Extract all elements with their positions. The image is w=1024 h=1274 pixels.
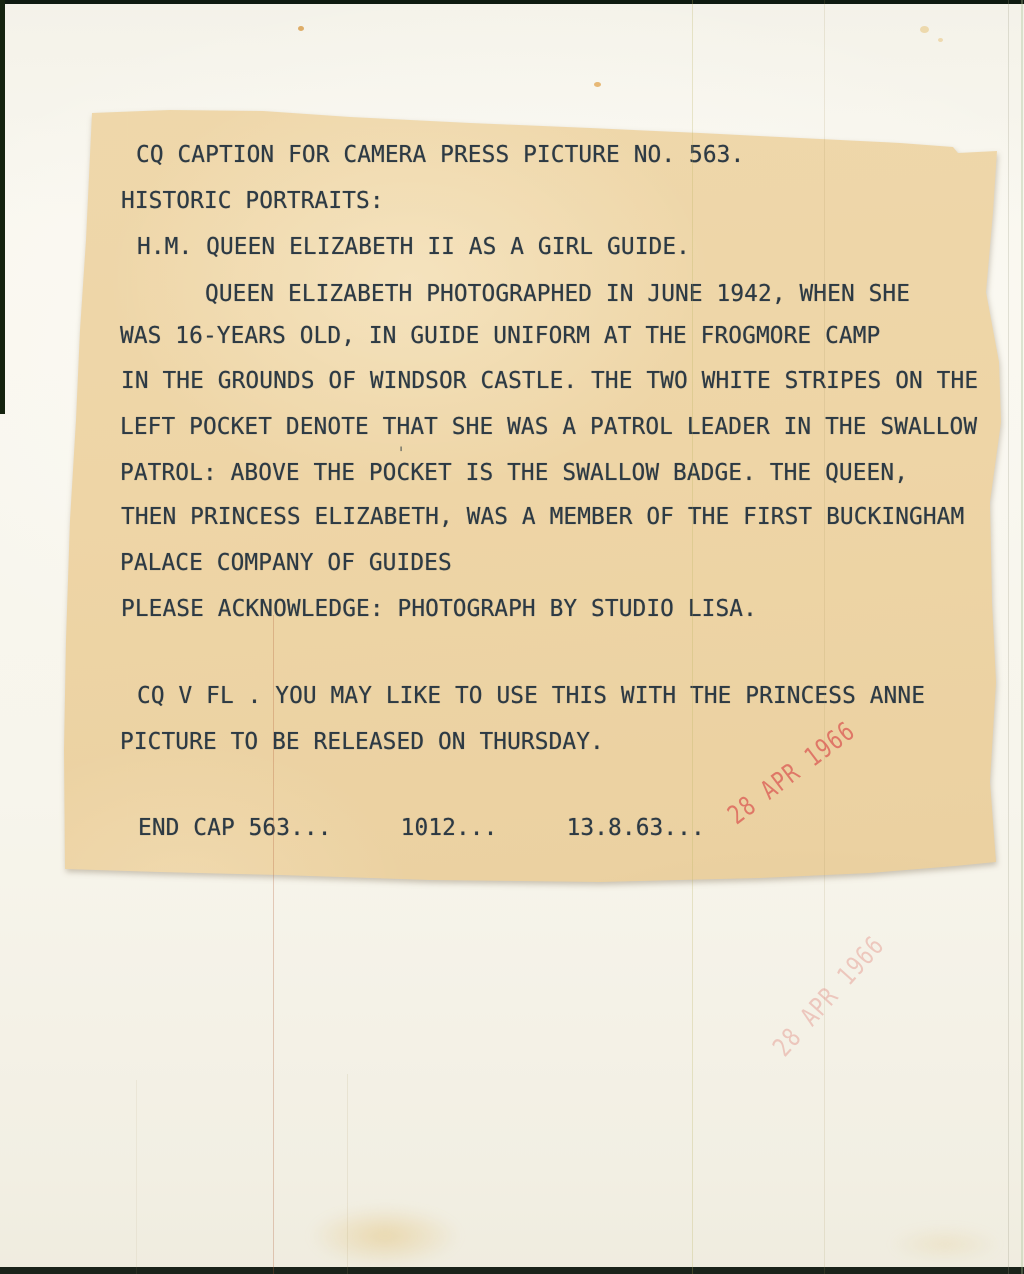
typewritten-line: QUEEN ELIZABETH PHOTOGRAPHED IN JUNE 194…: [205, 280, 910, 308]
typewritten-line: WAS 16-YEARS OLD, IN GUIDE UNIFORM AT TH…: [120, 322, 880, 350]
typewritten-line: CQ CAPTION FOR CAMERA PRESS PICTURE NO. …: [136, 141, 744, 169]
caption-clipping-paper: CQ CAPTION FOR CAMERA PRESS PICTURE NO. …: [0, 0, 1024, 1274]
typewritten-line: LEFT POCKET DENOTE THAT SHE WAS A PATROL…: [120, 413, 977, 441]
typewritten-line: PICTURE TO BE RELEASED ON THURSDAY.: [120, 728, 604, 756]
caption-clipping-wrapper: CQ CAPTION FOR CAMERA PRESS PICTURE NO. …: [0, 0, 1024, 1274]
scanned-press-caption-page: CQ CAPTION FOR CAMERA PRESS PICTURE NO. …: [0, 0, 1024, 1274]
typewritten-line: IN THE GROUNDS OF WINDSOR CASTLE. THE TW…: [121, 367, 978, 395]
stray-type-mark: ': [396, 444, 406, 464]
typewritten-line: H.M. QUEEN ELIZABETH II AS A GIRL GUIDE.: [137, 233, 690, 261]
typewritten-line: PALACE COMPANY OF GUIDES: [120, 549, 452, 577]
typewritten-line: END CAP 563... 1012... 13.8.63...: [138, 814, 705, 842]
typewritten-line: CQ V FL . YOU MAY LIKE TO USE THIS WITH …: [137, 682, 925, 710]
typewritten-line: PATROL: ABOVE THE POCKET IS THE SWALLOW …: [120, 459, 908, 487]
typewritten-line: PLEASE ACKNOWLEDGE: PHOTOGRAPH BY STUDIO…: [121, 595, 757, 623]
typewritten-line: THEN PRINCESS ELIZABETH, WAS A MEMBER OF…: [121, 503, 964, 531]
typewritten-line: HISTORIC PORTRAITS:: [121, 187, 384, 215]
